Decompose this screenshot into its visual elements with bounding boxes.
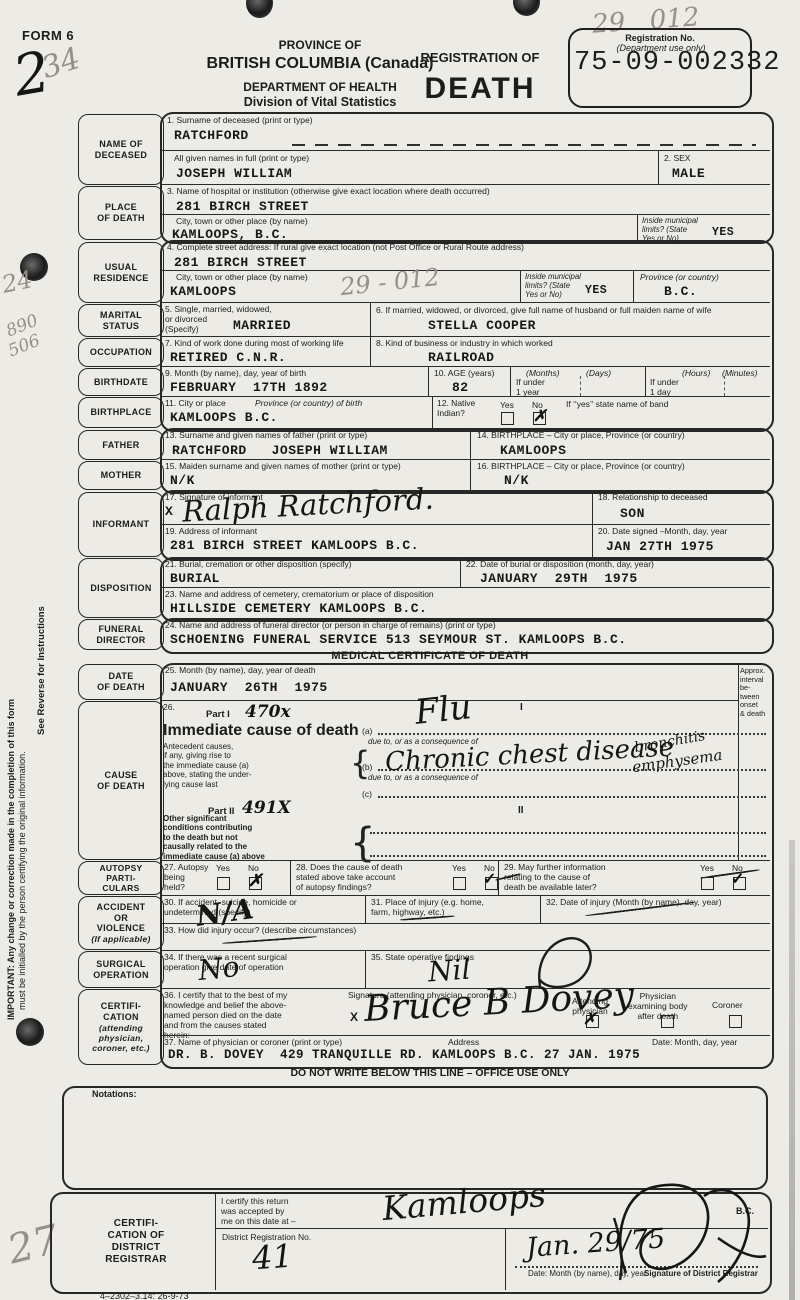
column-divider bbox=[633, 270, 634, 302]
sidebar-accident-sublabel: (If applicable) bbox=[91, 934, 150, 944]
column-divider bbox=[637, 214, 638, 240]
field33-label: 33. How did injury occur? (describe circ… bbox=[164, 925, 356, 935]
field16-label: 16. BIRTHPLACE – City or place, Province… bbox=[477, 461, 685, 471]
sidebar-marital-status: MARITAL STATUS bbox=[78, 304, 164, 337]
field13-value: RATCHFORD JOSEPH WILLIAM bbox=[172, 443, 388, 458]
field6-label: 6. If married, widowed, or divorced, giv… bbox=[376, 305, 766, 315]
divider bbox=[160, 860, 770, 861]
column-divider bbox=[540, 895, 541, 923]
sidebar-usual-residence: USUAL RESIDENCE bbox=[78, 242, 164, 303]
field27-yes-label: Yes bbox=[216, 863, 230, 873]
field3-city-label: City, town or other place (by name) bbox=[176, 216, 308, 226]
column-divider bbox=[428, 366, 429, 396]
cause-b-label: (b) bbox=[362, 762, 372, 772]
dotted-line bbox=[378, 733, 766, 735]
sidebar-accident-or-violence: ACCIDENT OR VIOLENCE (If applicable) bbox=[78, 896, 164, 950]
field11-label2: Province (or country) of birth bbox=[255, 398, 362, 408]
field4-city-value: KAMLOOPS bbox=[170, 284, 236, 299]
field34-handwritten: No bbox=[196, 950, 241, 987]
field26-number: 26. bbox=[163, 702, 175, 712]
icd-code-part1: 470x bbox=[245, 702, 291, 722]
important-note-line1: IMPORTANT: Any change or correction made… bbox=[6, 590, 16, 1020]
field3-label: 3. Name of hospital or institution (othe… bbox=[167, 186, 490, 196]
field1-value: RATCHFORD bbox=[174, 128, 249, 143]
punch-hole bbox=[513, 0, 540, 16]
column-divider bbox=[498, 860, 499, 895]
field10-label: 10. AGE (years) bbox=[434, 368, 494, 378]
field29-yes-label: Yes bbox=[700, 863, 714, 873]
examining-physician-checkbox bbox=[661, 1015, 674, 1028]
field18-value: SON bbox=[620, 506, 645, 521]
dashed-line bbox=[292, 144, 756, 146]
field8-value: RAILROAD bbox=[428, 350, 494, 365]
field37-value: DR. B. DOVEY 429 TRANQUILLE RD. KAMLOOPS… bbox=[168, 1048, 640, 1062]
field23-value: HILLSIDE CEMETERY KAMLOOPS B.C. bbox=[170, 601, 427, 616]
field5-value: MARRIED bbox=[233, 318, 291, 333]
due-to-label-2: due to, or as a consequence of bbox=[368, 773, 478, 782]
divider bbox=[160, 1035, 770, 1036]
field27-label: 27. Autopsy being held? bbox=[164, 862, 208, 892]
field20-label: 20. Date signed –Month, day, year bbox=[598, 526, 727, 536]
field17-x: X bbox=[165, 504, 173, 519]
part1-label: Part I bbox=[206, 709, 230, 720]
field20-value: JAN 27TH 1975 bbox=[606, 539, 714, 554]
field21-value: BURIAL bbox=[170, 571, 220, 586]
divider bbox=[160, 336, 770, 337]
cause-c-label: (c) bbox=[362, 789, 372, 799]
field15-label: 15. Maiden surname and given names of mo… bbox=[165, 461, 401, 471]
info-later-yes-checkbox bbox=[701, 877, 714, 890]
field14-label: 14. BIRTHPLACE – City or place, Province… bbox=[477, 430, 685, 440]
field36-label: 36. I certify that to the best of my kno… bbox=[164, 990, 287, 1040]
sidebar-mother: MOTHER bbox=[78, 461, 164, 490]
divider bbox=[160, 459, 770, 460]
sidebar-occupation: OCCUPATION bbox=[78, 338, 164, 367]
field3-limits-value: YES bbox=[712, 226, 734, 239]
medical-certificate-title: MEDICAL CERTIFICATE OF DEATH bbox=[200, 650, 660, 662]
column-divider bbox=[432, 396, 433, 428]
field4-label: 4. Complete street address: If rural giv… bbox=[167, 242, 524, 252]
coroner-label: Coroner bbox=[712, 1000, 743, 1010]
x-mark-icon: ✗ bbox=[248, 871, 262, 891]
sidebar-certification: CERTIFI- CATION (attending physician, co… bbox=[78, 989, 164, 1065]
field3-value: 281 BIRCH STREET bbox=[176, 199, 309, 214]
sidebar-autopsy-particulars: AUTOPSY PARTI- CULARS bbox=[78, 861, 164, 895]
field19-label: 19. Address of informant bbox=[165, 526, 257, 536]
field22-label: 22. Date of burial or disposition (month… bbox=[466, 559, 654, 569]
field14-value: KAMLOOPS bbox=[500, 443, 566, 458]
pencil-mark-24: 24 bbox=[0, 265, 35, 299]
field29-label: 29. May further information relating to … bbox=[504, 862, 606, 892]
field2-value: MALE bbox=[672, 166, 705, 181]
punch-hole bbox=[16, 1018, 44, 1046]
sidebar-informant: INFORMANT bbox=[78, 492, 164, 557]
form-code: 4–2302–3.14: 26-9-73 bbox=[100, 1291, 189, 1300]
divider bbox=[160, 524, 770, 525]
roman-numeral-two: II bbox=[518, 805, 524, 816]
field23-label: 23. Name and address of cemetery, cremat… bbox=[165, 589, 434, 599]
registration-no-label: Registration No. bbox=[600, 33, 720, 43]
column-divider bbox=[645, 366, 646, 396]
checkmark-icon: ✓ bbox=[483, 869, 496, 888]
column-divider bbox=[365, 950, 366, 988]
column-divider bbox=[460, 557, 461, 587]
field8-label: 8. Kind of business or industry in which… bbox=[376, 338, 553, 348]
sidebar-funeral-director: FUNERAL DIRECTOR bbox=[78, 619, 164, 650]
important-note-line2: must be initialled by the person certify… bbox=[17, 610, 28, 1010]
x-mark-icon: ✗ bbox=[533, 406, 546, 425]
divider bbox=[160, 270, 770, 271]
dotted-line bbox=[370, 855, 766, 857]
field24-label: 24. Name and address of funeral director… bbox=[165, 620, 496, 630]
column-divider bbox=[370, 336, 371, 366]
age-under-day-label: If under 1 day bbox=[650, 377, 679, 397]
see-reverse-note: See Reverse for Instructions bbox=[36, 560, 47, 735]
scan-edge-smudge bbox=[789, 840, 795, 1300]
punch-hole bbox=[246, 0, 273, 18]
field7-value: RETIRED C.N.R. bbox=[170, 350, 286, 365]
sidebar-disposition: DISPOSITION bbox=[78, 558, 164, 618]
field4-city-label: City, town or other place (by name) bbox=[176, 272, 308, 282]
field25-value: JANUARY 26TH 1975 bbox=[170, 680, 328, 695]
autopsy-findings-yes-checkbox bbox=[453, 877, 466, 890]
field1-label: 1. Surname of deceased (print or type) bbox=[167, 115, 313, 125]
sidebar-surgical-operation: SURGICAL OPERATION bbox=[78, 951, 164, 988]
field3-city-value: KAMLOOPS, B.C. bbox=[172, 227, 288, 242]
field4-province-label: Province (or country) bbox=[640, 272, 719, 282]
field36-x: X bbox=[350, 1010, 358, 1024]
column-divider bbox=[290, 860, 291, 895]
field4-limits-value: YES bbox=[585, 284, 607, 297]
field21-label: 21. Burial, cremation or other dispositi… bbox=[165, 559, 352, 569]
field13-label: 13. Surname and given names of father (p… bbox=[165, 430, 367, 440]
dashed-column-divider bbox=[580, 376, 581, 396]
sidebar-date-of-death: DATE OF DEATH bbox=[78, 664, 164, 700]
sidebar-name-of-deceased: NAME OF DECEASED bbox=[78, 114, 164, 185]
age-minutes-label: (Minutes) bbox=[722, 368, 757, 378]
cause-a-label: (a) bbox=[362, 726, 372, 736]
interval-column-divider bbox=[738, 663, 739, 860]
given-names-value: JOSEPH WILLIAM bbox=[176, 166, 292, 181]
field24-value: SCHOENING FUNERAL SERVICE 513 SEYMOUR ST… bbox=[170, 632, 627, 647]
divider bbox=[160, 950, 770, 951]
sidebar-father: FATHER bbox=[78, 430, 164, 460]
dotted-line bbox=[370, 832, 766, 834]
autopsy-yes-checkbox bbox=[217, 877, 230, 890]
field16-value: N/K bbox=[504, 473, 529, 488]
divider bbox=[160, 366, 770, 367]
field3-limits-label: Inside municipal limits? (State Yes or N… bbox=[642, 216, 698, 244]
sidebar-certification-sublabel: (attending physician, coroner, etc.) bbox=[92, 1023, 150, 1054]
immediate-cause-label: Immediate cause of death bbox=[163, 722, 359, 740]
examining-physician-label: Physician examining body after death bbox=[628, 991, 688, 1021]
death-certificate-scan: FORM 6 2 34 PROVINCE OF BRITISH COLUMBIA… bbox=[0, 0, 800, 1300]
divider bbox=[160, 150, 770, 151]
field10-value: 82 bbox=[452, 380, 469, 395]
death-title: DEATH bbox=[380, 72, 580, 106]
x-mark-icon: ✗ bbox=[583, 1009, 596, 1028]
dotted-line bbox=[378, 796, 766, 798]
dashed-column-divider bbox=[724, 376, 725, 396]
divider bbox=[160, 184, 770, 185]
given-names-label: All given names in full (print or type) bbox=[174, 153, 309, 163]
divider bbox=[160, 214, 770, 215]
office-use-line: DO NOT WRITE BELOW THIS LINE – OFFICE US… bbox=[200, 1067, 660, 1079]
field18-label: 18. Relationship to deceased bbox=[598, 492, 708, 502]
field7-label: 7. Kind of work done during most of work… bbox=[165, 338, 344, 348]
field31-label: 31. Place of injury (e.g. home, farm, hi… bbox=[371, 897, 484, 917]
divider bbox=[160, 302, 770, 303]
field12-label: 12. Native Indian? bbox=[437, 398, 475, 418]
field12-yes-label: Yes bbox=[500, 400, 514, 410]
field25-label: 25. Month (by name), day, year of death bbox=[165, 665, 316, 675]
field4-value: 281 BIRCH STREET bbox=[174, 255, 307, 270]
registrar-section-label: CERTIFI- CATION OF DISTRICT REGISTRAR bbox=[62, 1206, 210, 1278]
field28-label: 28. Does the cause of death stated above… bbox=[296, 862, 402, 892]
district-registrar-signature bbox=[606, 1178, 772, 1288]
age-days-label: (Days) bbox=[586, 368, 611, 378]
divider bbox=[160, 587, 770, 588]
native-indian-yes-checkbox bbox=[501, 412, 514, 425]
divider bbox=[160, 923, 770, 924]
sidebar-accident-label: ACCIDENT OR VIOLENCE bbox=[97, 902, 146, 934]
sidebar-place-of-death: PLACE OF DEATH bbox=[78, 186, 164, 240]
field11-label: 11. City or place bbox=[165, 398, 226, 408]
divider bbox=[160, 396, 770, 397]
field11-value: KAMLOOPS B.C. bbox=[170, 410, 278, 425]
sidebar-certification-label: CERTIFI- CATION bbox=[101, 1001, 141, 1023]
field37-label: 37. Name of physician or coroner (print … bbox=[164, 1037, 342, 1047]
age-hours-label: (Hours) bbox=[682, 368, 710, 378]
sidebar-birthplace: BIRTHPLACE bbox=[78, 397, 164, 428]
column-divider bbox=[370, 302, 371, 336]
field6-value: STELLA COOPER bbox=[428, 318, 536, 333]
district-registration-no-handwritten: 41 bbox=[251, 1237, 294, 1278]
sidebar-cause-of-death: CAUSE OF DEATH bbox=[78, 701, 164, 860]
column-divider bbox=[658, 150, 659, 184]
field22-value: JANUARY 29TH 1975 bbox=[480, 571, 638, 586]
field9-label: 9. Month (by name), day, year of birth bbox=[165, 368, 306, 378]
coroner-checkbox bbox=[729, 1015, 742, 1028]
age-under-year-label: If under 1 year bbox=[516, 377, 545, 397]
column-divider bbox=[520, 270, 521, 302]
column-divider bbox=[365, 895, 366, 923]
notations-label: Notations: bbox=[92, 1089, 137, 1099]
registration-of: REGISTRATION OF bbox=[380, 50, 580, 65]
registration-number: 75-09-002332 bbox=[574, 48, 780, 78]
field4-province-value: B.C. bbox=[664, 284, 697, 299]
field37-address-label: Address bbox=[448, 1037, 479, 1047]
sidebar-birthdate: BIRTHDATE bbox=[78, 368, 164, 396]
registrar-certify-text: I certify this return was accepted by me… bbox=[221, 1196, 296, 1226]
group-notations bbox=[62, 1086, 768, 1190]
other-conditions-label: Other significant conditions contributin… bbox=[163, 814, 265, 861]
field37-date-label: Date: Month, day, year bbox=[652, 1037, 737, 1047]
field4-limits-label: Inside municipal limits? (State Yes or N… bbox=[525, 272, 581, 300]
field12-band-label: If ‘‘yes’’ state name of band bbox=[566, 399, 668, 409]
antecedent-label: Antecedent causes, if any, giving rise t… bbox=[163, 742, 252, 789]
field2-label: 2. SEX bbox=[664, 153, 690, 163]
interval-header: Approx. interval be- tween onset & death bbox=[740, 667, 770, 719]
field15-value: N/K bbox=[170, 473, 195, 488]
roman-numeral-one: I bbox=[520, 702, 523, 713]
field28-yes-label: Yes bbox=[452, 863, 466, 873]
column-divider bbox=[510, 366, 511, 396]
field9-value: FEBRUARY 17TH 1892 bbox=[170, 380, 328, 395]
cause-a-handwritten: Flu bbox=[413, 687, 473, 733]
field19-value: 281 BIRCH STREET KAMLOOPS B.C. bbox=[170, 538, 419, 553]
column-divider bbox=[215, 1192, 216, 1290]
column-divider bbox=[505, 1228, 506, 1290]
